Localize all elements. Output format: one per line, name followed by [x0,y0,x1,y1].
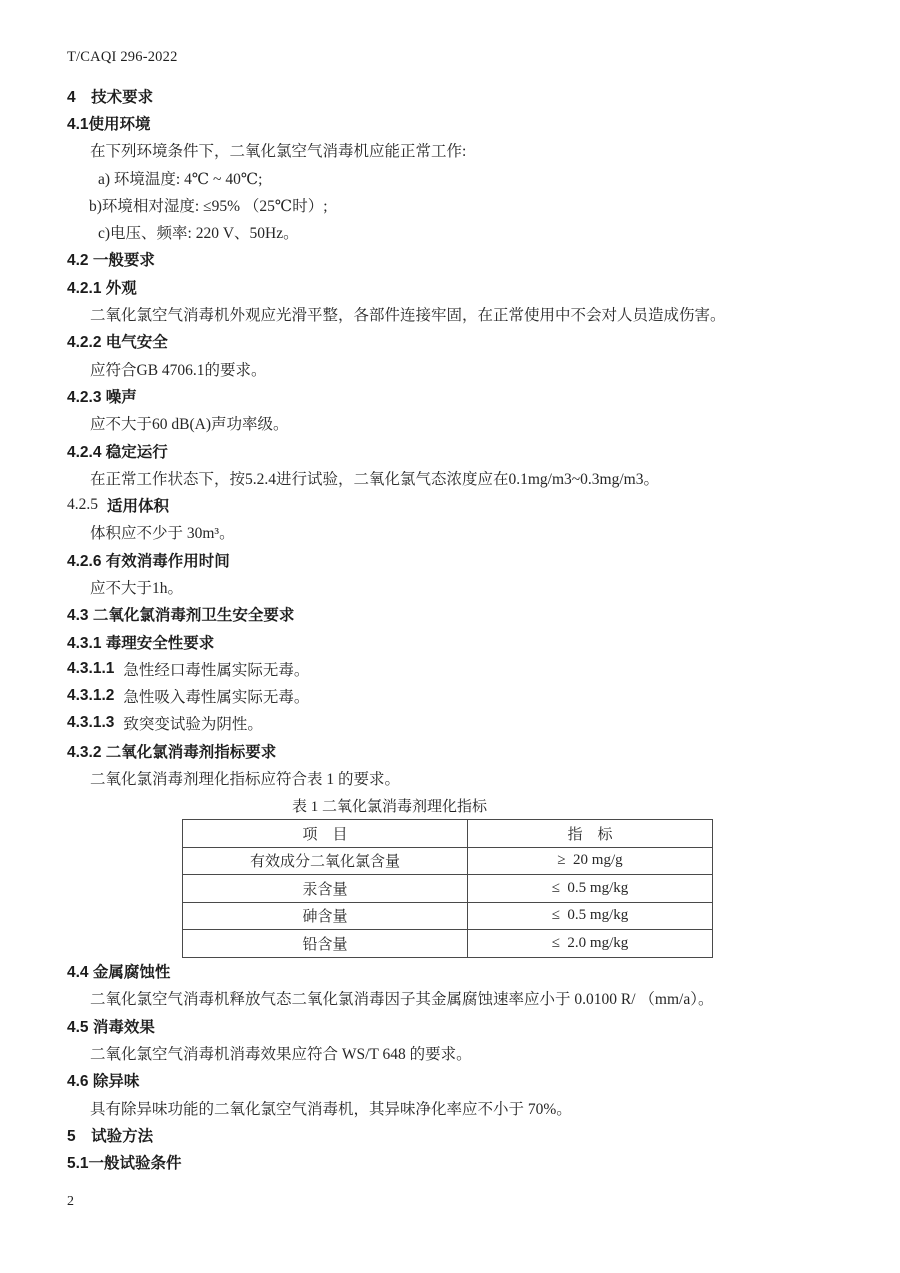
clause-text: 急性经口毒性属实际无毒。 [123,658,309,680]
clause-line: 4.3.1.1急性经口毒性属实际无毒。 [67,655,837,682]
clause-line: 4.3.1.3致突变试验为阴性。 [67,710,837,737]
clause-line: 4.3.1.2急性吸入毒性属实际无毒。 [67,683,837,710]
item-cell: 铅含量 [183,930,468,958]
table-row: 有效成分二氧化氯含量≥ 20 mg/g [183,847,713,875]
section-lines-before-table: 4 技术要求4.1使用环境在下列环境条件下，二氧化氯空气消毒机应能正常工作:a)… [67,82,837,819]
section-heading: 4.2.4 稳定运行 [67,437,837,464]
clause-number: 4.3.1.3 [67,714,114,732]
section-heading: 4.2.2 电气安全 [67,328,837,355]
paragraph: 二氧化氯空气消毒机外观应光滑平整，各部件连接牢固，在正常使用中不会对人员造成伤害… [67,300,837,327]
indicator-cell: ≤ 2.0 mg/kg [468,930,713,958]
table-column-header: 项 目 [183,820,468,848]
indicator-cell: ≤ 0.5 mg/kg [468,902,713,930]
table-row: 砷含量≤ 0.5 mg/kg [183,902,713,930]
clause-text: 适用体积 [107,494,169,516]
section-heading: 5.1一般试验条件 [67,1149,837,1176]
section-heading: 4.5 消毒效果 [67,1012,837,1039]
item-cell: 有效成分二氧化氯含量 [183,847,468,875]
table-header-row: 项 目指 标 [183,820,713,848]
paragraph: 应不大于1h。 [67,573,837,600]
clause-text: 致突变试验为阴性。 [123,712,263,734]
item-cell: 砷含量 [183,902,468,930]
section-heading: 4.6 除异味 [67,1067,837,1094]
section-heading: 4.2.1 外观 [67,273,837,300]
section-heading: 4 技术要求 [67,82,837,109]
section-heading: 4.3 二氧化氯消毒剂卫生安全要求 [67,601,837,628]
paragraph: 应符合GB 4706.1的要求。 [67,355,837,382]
section-heading: 5 试验方法 [67,1121,837,1148]
section-heading: 4.4 金属腐蚀性 [67,958,837,985]
table-row: 铅含量≤ 2.0 mg/kg [183,930,713,958]
item-cell: 汞含量 [183,875,468,903]
table-body: 有效成分二氧化氯含量≥ 20 mg/g汞含量≤ 0.5 mg/kg砷含量≤ 0.… [183,847,713,957]
list-item: a) 环境温度: 4℃ ~ 40℃; [67,164,837,191]
section-heading: 4.2.3 噪声 [67,382,837,409]
indicator-cell: ≤ 0.5 mg/kg [468,875,713,903]
paragraph: 二氧化氯空气消毒机消毒效果应符合 WS/T 648 的要求。 [67,1039,837,1066]
physicochemical-indicator-table: 项 目指 标 有效成分二氧化氯含量≥ 20 mg/g汞含量≤ 0.5 mg/kg… [182,819,713,958]
section-heading: 4.2.5适用体积 [67,491,837,518]
document-content: 4 技术要求4.1使用环境在下列环境条件下，二氧化氯空气消毒机应能正常工作:a)… [67,82,837,1176]
section-heading: 4.1使用环境 [67,109,837,136]
clause-number: 4.2.5 [67,496,98,514]
table-row: 汞含量≤ 0.5 mg/kg [183,875,713,903]
page-number: 2 [67,1194,74,1210]
table-column-header: 指 标 [468,820,713,848]
paragraph: 具有除异味功能的二氧化氯空气消毒机，其异味净化率应不小于 70%。 [67,1094,837,1121]
document-page: T/CAQI 296-2022 4 技术要求4.1使用环境在下列环境条件下，二氧… [0,0,900,1273]
document-header-standard-number: T/CAQI 296-2022 [67,49,178,66]
clause-number: 4.3.1.2 [67,687,114,705]
table-caption: 表 1 二氧化氯消毒剂理化指标 [67,792,712,819]
paragraph: 体积应不少于 30m³。 [67,519,837,546]
section-lines-after-table: 4.4 金属腐蚀性二氧化氯空气消毒机释放气态二氧化氯消毒因子其金属腐蚀速率应小于… [67,958,837,1176]
clause-number: 4.3.1.1 [67,660,114,678]
paragraph: 在正常工作状态下，按5.2.4进行试验，二氧化氯气态浓度应在0.1mg/m3~0… [67,464,837,491]
paragraph: 在下列环境条件下，二氧化氯空气消毒机应能正常工作: [67,137,837,164]
paragraph: 应不大于60 dB(A)声功率级。 [67,410,837,437]
indicator-cell: ≥ 20 mg/g [468,847,713,875]
section-heading: 4.2.6 有效消毒作用时间 [67,546,837,573]
paragraph: 二氧化氯空气消毒机释放气态二氧化氯消毒因子其金属腐蚀速率应小于 0.0100 R… [67,985,837,1012]
list-item: c)电压、频率: 220 V、50Hz。 [67,218,837,245]
clause-text: 急性吸入毒性属实际无毒。 [123,685,309,707]
section-heading: 4.2 一般要求 [67,246,837,273]
list-item: b)环境相对湿度: ≤95% （25℃时）; [67,191,837,218]
section-heading: 4.3.1 毒理安全性要求 [67,628,837,655]
section-heading: 4.3.2 二氧化氯消毒剂指标要求 [67,737,837,764]
paragraph: 二氧化氯消毒剂理化指标应符合表 1 的要求。 [67,764,837,791]
